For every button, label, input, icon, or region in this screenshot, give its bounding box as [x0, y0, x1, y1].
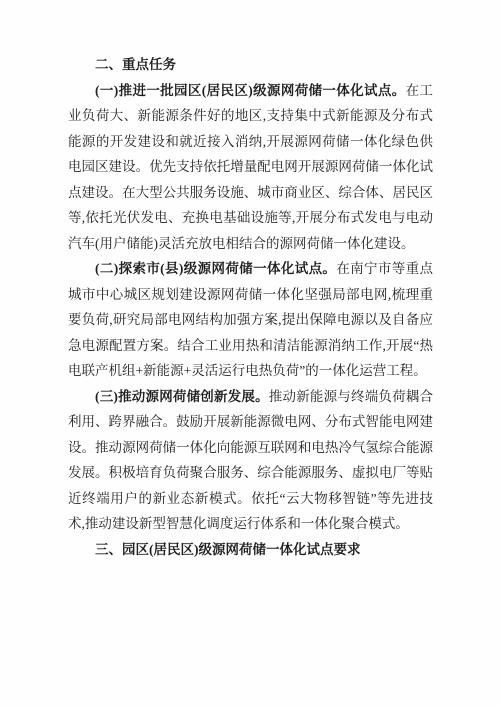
section-heading-pilot-requirements: 三、园区(居民区)级源网荷储一体化试点要求 [68, 537, 433, 563]
document-text-block: 二、重点任务 (一)推进一批园区(居民区)级源网荷储一体化试点。在工业负荷大、新… [68, 52, 433, 562]
paragraph-1-lead: (一)推进一批园区(居民区)级源网荷储一体化试点。 [95, 83, 406, 98]
section-heading-key-tasks: 二、重点任务 [68, 52, 433, 78]
paragraph-3-lead: (三)推动源网荷储创新发展。 [95, 389, 269, 404]
paragraph-2-body: 在南宁市等重点城市中心城区规划建设源网荷储一体化坚强局部电网,梳理重要负荷,研究… [68, 261, 433, 378]
paragraph-innovation-development: (三)推动源网荷储创新发展。推动新能源与终端负荷耦合利用、跨界融合。鼓励开展新能… [68, 384, 433, 537]
document-page: 二、重点任务 (一)推进一批园区(居民区)级源网荷储一体化试点。在工业负荷大、新… [0, 0, 500, 707]
paragraph-1-body: 在工业负荷大、新能源条件好的地区,支持集中式新能源及分布式能源的开发建设和就近接… [68, 83, 433, 251]
paragraph-3-body: 推动新能源与终端负荷耦合利用、跨界融合。鼓励开展新能源微电网、分布式智能电网建设… [68, 389, 433, 532]
paragraph-2-lead: (二)探索市(县)级源网荷储一体化试点。 [95, 261, 336, 276]
paragraph-city-county-pilots: (二)探索市(县)级源网荷储一体化试点。在南宁市等重点城市中心城区规划建设源网荷… [68, 256, 433, 384]
paragraph-park-level-pilots: (一)推进一批园区(居民区)级源网荷储一体化试点。在工业负荷大、新能源条件好的地… [68, 78, 433, 257]
